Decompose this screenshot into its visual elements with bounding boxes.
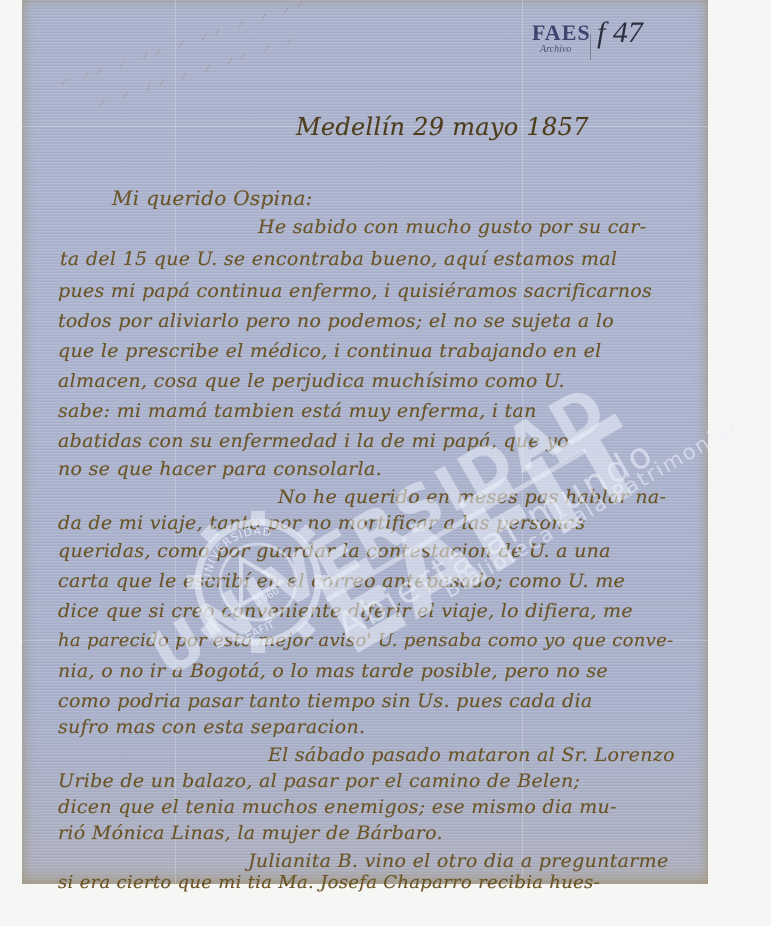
letter-line: El sábado pasado mataron al Sr. Lorenzo: [268, 744, 675, 766]
letter-line: como podria pasar tanto tiempo sin Us. p…: [58, 690, 593, 712]
letter-line: no se que hacer para consolarla.: [58, 458, 382, 480]
letter-line: Julianita B. vino el otro dia a pregunta…: [248, 850, 669, 872]
letter-line: que le prescribe el médico, i continua t…: [58, 340, 602, 362]
letter-line: sufro mas con esta separacion.: [58, 716, 365, 738]
watermark-seal-icon: UNIVERSIDAD 1960 EAFIT: [183, 507, 333, 657]
letter-line: rió Mónica Linas, la mujer de Bárbaro.: [58, 822, 443, 844]
archive-stamp: FAES Archivo: [532, 20, 591, 55]
stamp-divider: [590, 34, 591, 60]
letter-salutation: Mi querido Ospina:: [112, 186, 313, 210]
folio-number: f 47: [597, 16, 643, 50]
letter-dateline: Medellín 29 mayo 1857: [296, 113, 589, 141]
letter-line: He sabido con mucho gusto por su car-: [258, 216, 646, 238]
letter-line: ta del 15 que U. se encontraba bueno, aq…: [60, 248, 617, 270]
letter-line: si era cierto que mi tia Ma. Josefa Chap…: [58, 872, 600, 893]
letter-line: almacen, cosa que le perjudica muchísimo…: [58, 370, 565, 392]
letter-line: Uribe de un balazo, al pasar por el cami…: [58, 770, 580, 792]
letter-line: sabe: mi mamá tambien está muy enferma, …: [58, 400, 537, 422]
letter-line: nia, o no ir a Bogotá, o lo mas tarde po…: [58, 660, 608, 682]
letter-line: dicen que el tenia muchos enemigos; ese …: [58, 796, 617, 818]
letter-line: todos por aliviarlo pero no podemos; el …: [58, 310, 614, 332]
archive-stamp-label: FAES: [532, 20, 591, 46]
letter-line: pues mi papá continua enfermo, i quisiér…: [58, 280, 652, 302]
